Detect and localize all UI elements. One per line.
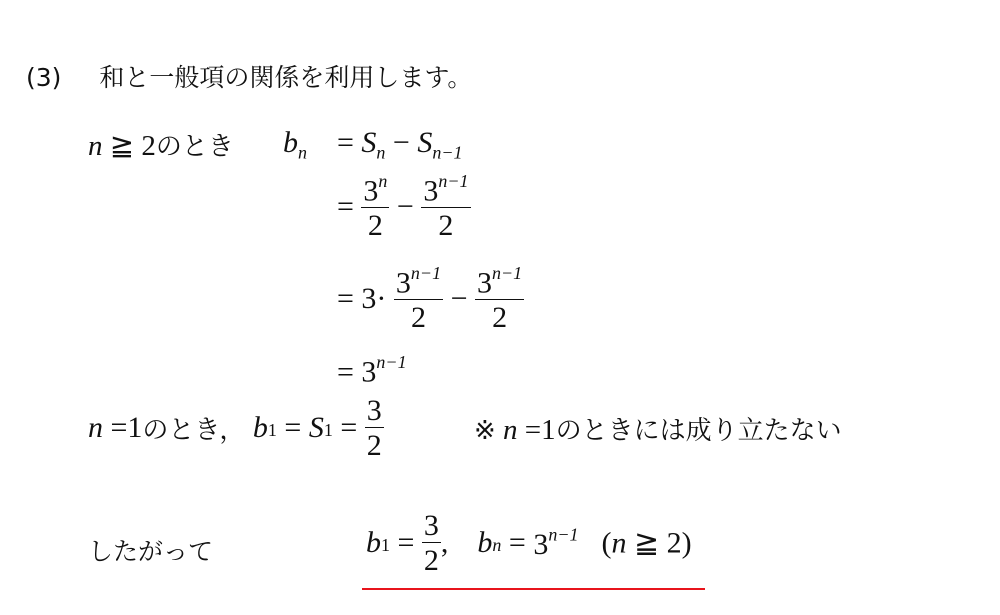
var-n: n	[88, 411, 103, 444]
power-base: 3	[361, 356, 376, 389]
fraction: 3n−1 2	[475, 264, 524, 334]
value-1: 1	[541, 414, 556, 446]
exponent: n	[378, 171, 387, 191]
exponent: n−1	[376, 352, 406, 372]
lhs-bn: bn	[283, 126, 307, 163]
reference-mark-icon: ※	[474, 416, 496, 446]
denominator: 2	[361, 207, 389, 242]
value-2: 2	[141, 130, 156, 162]
problem-number: (3)	[26, 63, 61, 92]
conclusion-label: したがって	[88, 532, 213, 568]
paren-close: )	[682, 527, 692, 560]
equals-sign: =	[340, 411, 357, 444]
S-symbol: S	[361, 126, 376, 159]
fraction-3-over-2: 3 2	[365, 395, 384, 461]
equals-sign: =	[284, 411, 301, 444]
denominator: 2	[421, 207, 470, 242]
S-symbol: S	[309, 411, 324, 444]
relation-geq: ≧	[634, 527, 659, 560]
exponent: n−1	[411, 263, 441, 283]
note: ※ n =1のときには成り立たない	[474, 410, 842, 447]
exponent: n−1	[548, 524, 578, 544]
numerator-base: 3	[477, 267, 492, 300]
derivation-step-2: = 3n 2 − 3n−1 2	[337, 172, 471, 242]
derivation-step-4: = 3n−1	[337, 352, 407, 390]
sub-n: n	[376, 142, 385, 162]
value-2: 2	[667, 527, 682, 560]
b-symbol: b	[477, 526, 492, 559]
relation-geq: ≧	[110, 130, 134, 162]
fraction: 3n−1 2	[394, 264, 443, 334]
numerator-base: 3	[396, 267, 411, 300]
comma: ,	[441, 526, 449, 559]
fraction-3-over-2: 3 2	[422, 510, 441, 576]
power-base: 3	[533, 528, 548, 561]
denominator: 2	[365, 427, 384, 462]
equals-sign: =	[337, 126, 354, 159]
b-symbol: b	[253, 411, 268, 444]
derivation-step-1: = Sn − Sn−1	[337, 126, 463, 163]
equals-sign: =	[525, 414, 541, 446]
denominator: 2	[475, 299, 524, 334]
denominator: 2	[422, 542, 441, 577]
sub-1: 1	[381, 535, 390, 555]
case-n-ge-2-condition: n ≧ 2のとき	[88, 126, 234, 163]
problem-heading: (3) 和と一般項の関係を利用します。	[26, 58, 472, 94]
equals-sign: =	[398, 526, 415, 559]
numerator-base: 3	[363, 175, 378, 208]
minus-sign: −	[393, 126, 410, 159]
equals-sign: =	[337, 190, 354, 223]
var-n: n	[503, 414, 518, 446]
exponent: n−1	[438, 171, 468, 191]
b-symbol: b	[283, 126, 298, 159]
var-n: n	[612, 527, 627, 560]
coefficient: 3	[361, 282, 376, 315]
derivation-step-3: = 3· 3n−1 2 − 3n−1 2	[337, 264, 524, 334]
equals-sign: =	[509, 526, 526, 559]
note-text: のときには成り立たない	[556, 416, 842, 446]
equals-sign: =	[111, 411, 128, 444]
answer-underline	[362, 588, 705, 590]
condition-suffix: のとき，	[142, 416, 245, 446]
sub-n-minus-1: n−1	[432, 142, 462, 162]
numerator-base: 3	[423, 175, 438, 208]
sub-n: n	[298, 142, 307, 162]
value-1: 1	[127, 411, 142, 444]
sub-1: 1	[268, 420, 277, 440]
numerator: 3	[422, 510, 441, 542]
equals-sign: =	[337, 356, 354, 389]
minus-sign: −	[451, 282, 468, 315]
exponent: n−1	[492, 263, 522, 283]
heading-text: 和と一般項の関係を利用します。	[99, 63, 472, 92]
equals-sign: =	[337, 282, 354, 315]
b-symbol: b	[366, 526, 381, 559]
paren-open: (	[602, 527, 612, 560]
sub-1: 1	[324, 420, 333, 440]
fraction: 3n−1 2	[421, 172, 470, 242]
minus-sign: −	[397, 190, 414, 223]
denominator: 2	[394, 299, 443, 334]
multiply-dot: ·	[376, 282, 386, 315]
condition-suffix: のとき	[156, 132, 234, 162]
numerator: 3	[365, 395, 384, 427]
S-symbol: S	[417, 126, 432, 159]
var-n: n	[88, 130, 103, 162]
sub-n: n	[492, 535, 501, 555]
fraction: 3n 2	[361, 172, 389, 242]
case-n-eq-1: n =1のとき， b1 = S1 = 3 2	[88, 395, 384, 461]
conclusion-formula: b1 = 3 2 , bn = 3n−1 (n ≧ 2)	[366, 510, 692, 576]
